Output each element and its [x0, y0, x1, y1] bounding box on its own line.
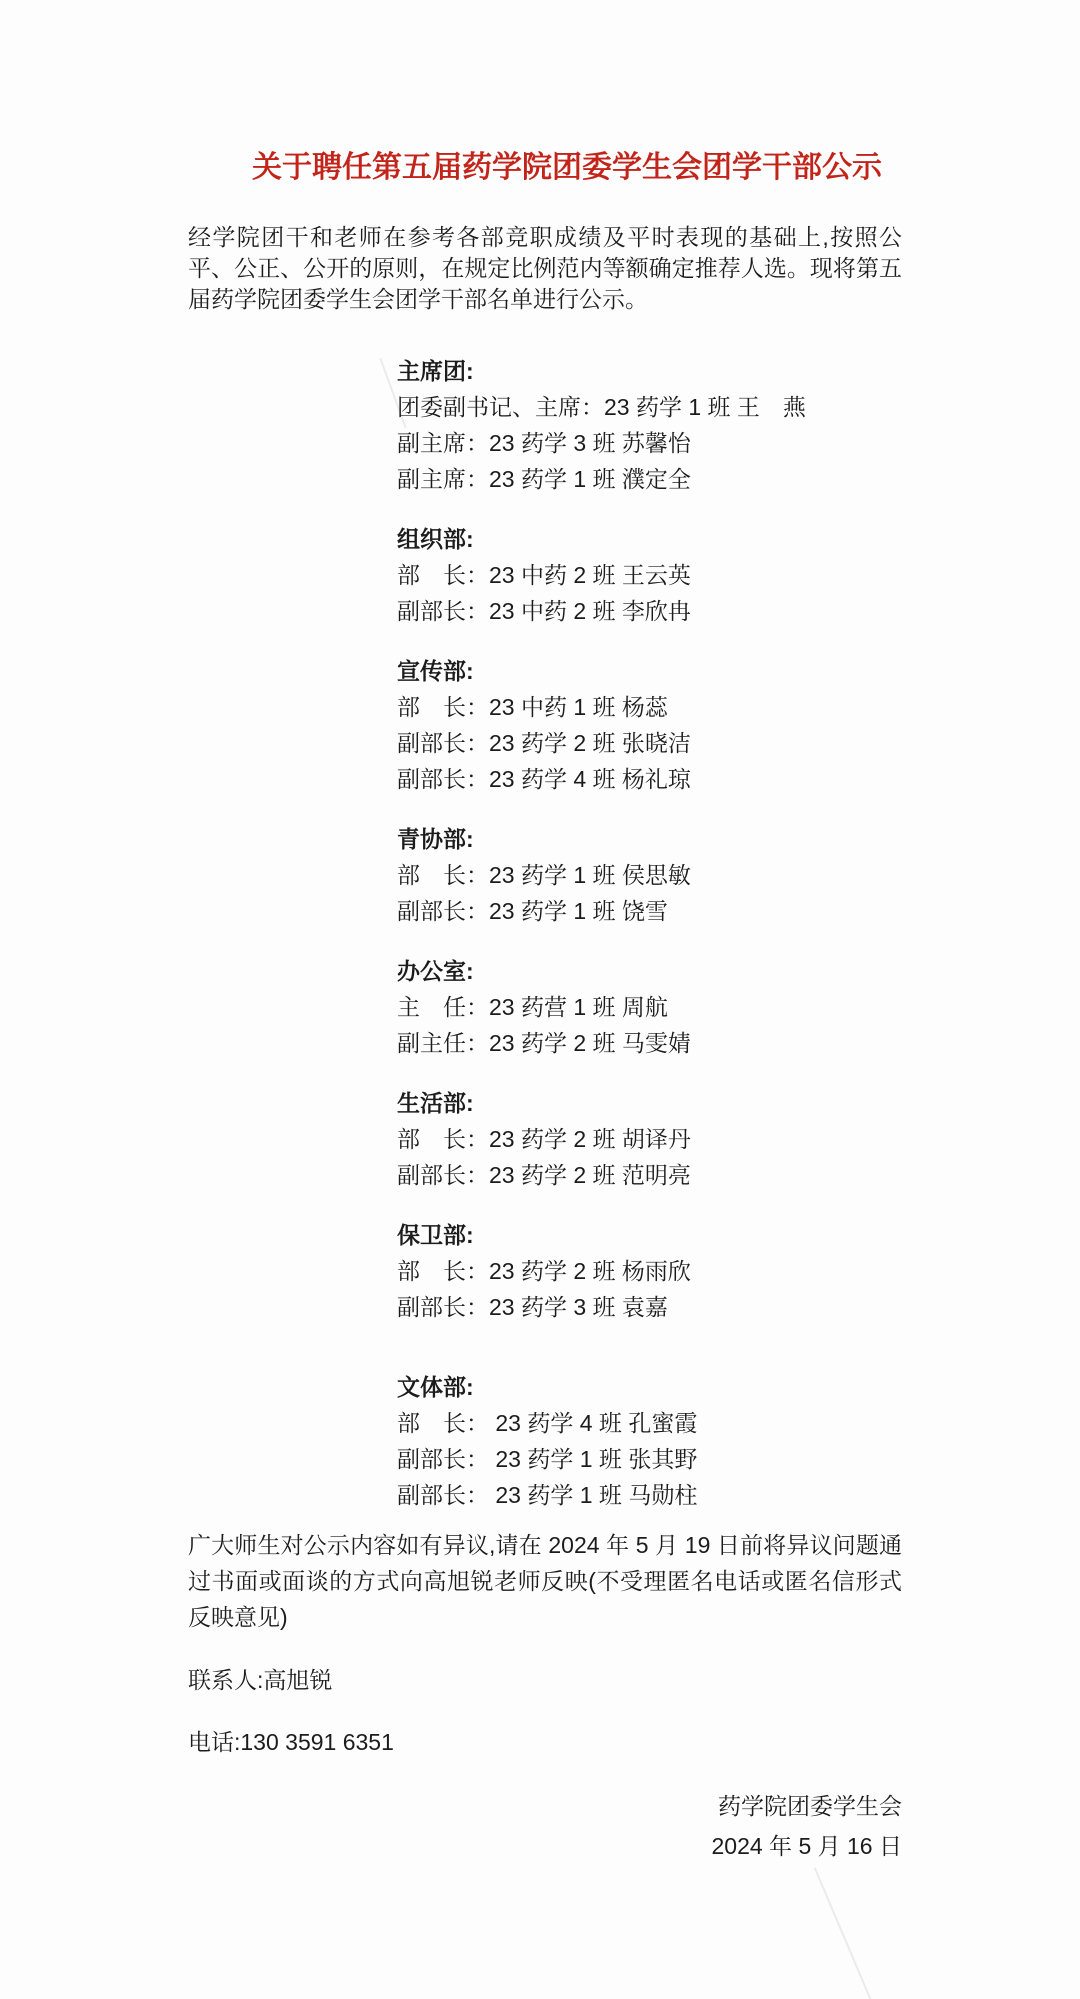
signature-org: 药学院团委学生会 [188, 1786, 902, 1826]
roster-row: 副部长：23 药学 2 班 张晓洁 [397, 725, 902, 761]
roster-row: 团委副书记、主席：23 药学 1 班 王 燕 [397, 389, 902, 425]
contact-phone: 电话:130 3591 6351 [188, 1724, 902, 1760]
department-section: 主席团: 团委副书记、主席：23 药学 1 班 王 燕副主席：23 药学 3 班… [397, 353, 902, 497]
roster-row: 副部长：23 中药 2 班 李欣冉 [397, 593, 902, 629]
roster-row: 部 长：23 药学 2 班 杨雨欣 [397, 1253, 902, 1289]
signature-date: 2024 年 5 月 16 日 [188, 1826, 902, 1866]
department-name: 主席团: [397, 353, 902, 389]
department-section: 青协部: 部 长：23 药学 1 班 侯思敏副部长：23 药学 1 班 饶雪 [397, 821, 902, 929]
department-section: 文体部: 部 长： 23 药学 4 班 孔蜜霞副部长： 23 药学 1 班 张其… [397, 1369, 902, 1513]
department-name: 宣传部: [397, 653, 902, 689]
roster-row: 主 任：23 药营 1 班 周航 [397, 989, 902, 1025]
announcement-document: 关于聘任第五届药学院团委学生会团学干部公示 经学院团干和老师在参考各部竞职成绩及… [0, 0, 1080, 1999]
roster-row: 副主席：23 药学 1 班 濮定全 [397, 461, 902, 497]
department-section: 办公室: 主 任：23 药营 1 班 周航副主任：23 药学 2 班 马雯婧 [397, 953, 902, 1061]
department-section: 生活部: 部 长：23 药学 2 班 胡译丹副部长：23 药学 2 班 范明亮 [397, 1085, 902, 1193]
roster-row: 部 长：23 药学 2 班 胡译丹 [397, 1121, 902, 1157]
department-section: 保卫部: 部 长：23 药学 2 班 杨雨欣副部长：23 药学 3 班 袁嘉 [397, 1217, 902, 1325]
roster-row: 副主任：23 药学 2 班 马雯婧 [397, 1025, 902, 1061]
roster-row: 副部长：23 药学 3 班 袁嘉 [397, 1289, 902, 1325]
department-name: 办公室: [397, 953, 902, 989]
roster-row: 部 长： 23 药学 4 班 孔蜜霞 [397, 1405, 902, 1441]
roster-row: 副部长：23 药学 4 班 杨礼琼 [397, 761, 902, 797]
department-name: 组织部: [397, 521, 902, 557]
department-section: 宣传部: 部 长：23 中药 1 班 杨蕊副部长：23 药学 2 班 张晓洁副部… [397, 653, 902, 797]
department-name: 青协部: [397, 821, 902, 857]
department-name: 生活部: [397, 1085, 902, 1121]
roster-row: 副部长： 23 药学 1 班 马勋柱 [397, 1477, 902, 1513]
objection-notice: 广大师生对公示内容如有异议,请在 2024 年 5 月 19 日前将异议问题通过… [188, 1527, 902, 1635]
page-title: 关于聘任第五届药学院团委学生会团学干部公示 [188, 148, 902, 188]
scan-artifact [814, 1867, 872, 1999]
roster-row: 副部长： 23 药学 1 班 张其野 [397, 1441, 902, 1477]
roster-row: 副部长：23 药学 2 班 范明亮 [397, 1157, 902, 1193]
roster-row: 副部长：23 药学 1 班 饶雪 [397, 893, 902, 929]
department-name: 保卫部: [397, 1217, 902, 1253]
signature-block: 药学院团委学生会 2024 年 5 月 16 日 [188, 1786, 902, 1866]
roster-row: 部 长：23 药学 1 班 侯思敏 [397, 857, 902, 893]
contact-person: 联系人:高旭锐 [188, 1662, 902, 1698]
roster-row: 部 长：23 中药 1 班 杨蕊 [397, 689, 902, 725]
intro-paragraph: 经学院团干和老师在参考各部竞职成绩及平时表现的基础上,按照公平、公正、公开的原则… [188, 222, 902, 315]
department-section: 组织部: 部 长：23 中药 2 班 王云英副部长：23 中药 2 班 李欣冉 [397, 521, 902, 629]
roster-list: 主席团: 团委副书记、主席：23 药学 1 班 王 燕副主席：23 药学 3 班… [397, 353, 902, 1513]
department-name: 文体部: [397, 1369, 902, 1405]
roster-row: 副主席：23 药学 3 班 苏馨怡 [397, 425, 902, 461]
roster-row: 部 长：23 中药 2 班 王云英 [397, 557, 902, 593]
document-content: 关于聘任第五届药学院团委学生会团学干部公示 经学院团干和老师在参考各部竞职成绩及… [188, 148, 902, 1866]
